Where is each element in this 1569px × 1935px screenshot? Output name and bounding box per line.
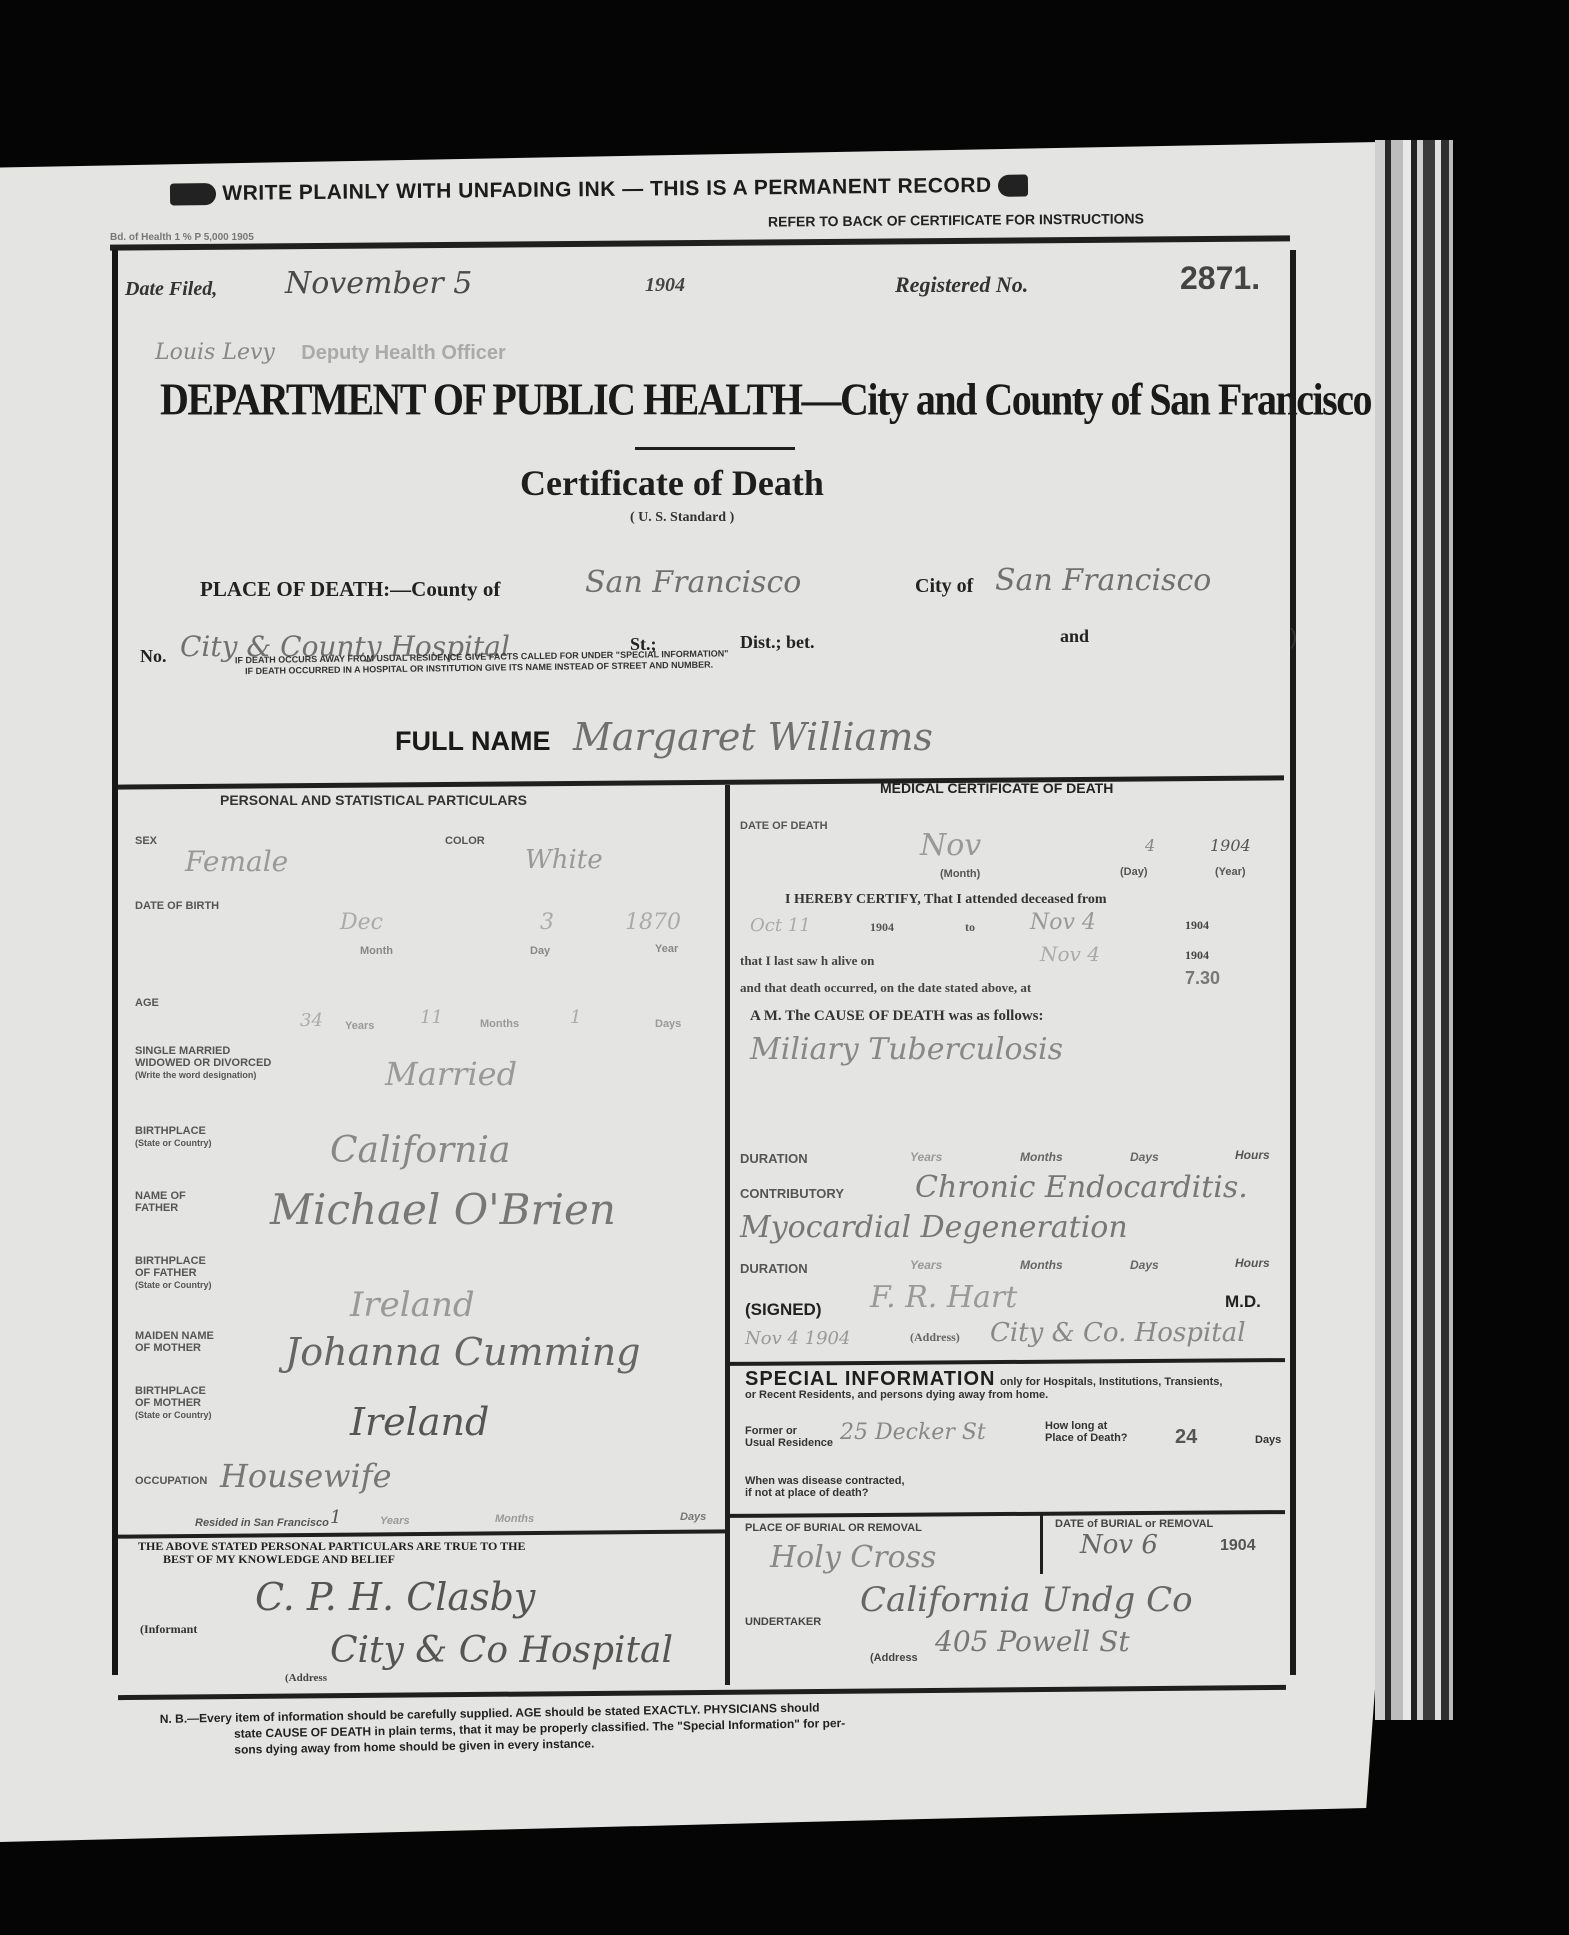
marital-value: Married [385,1055,517,1093]
marital-label-1: SINGLE MARRIED [135,1045,271,1057]
age-label: AGE [135,997,159,1009]
duration-years-1: Years [910,1150,942,1164]
burial-divider [1040,1514,1043,1574]
dob-year-label: Year [655,943,678,955]
dob-day: 3 [540,910,554,935]
resided-label: Resided in San Francisco [195,1517,329,1529]
deputy-row: Louis Levy Deputy Health Officer [155,340,506,365]
residence-label: Former or Usual Residence [745,1425,833,1449]
age-months-label: Months [480,1018,519,1030]
burial-date-label: DATE of BURIAL or REMOVAL [1055,1518,1213,1530]
death-time-label: and that death occurred, on the date sta… [740,980,1031,996]
father-birthplace-label-3: (State or Country) [135,1279,212,1291]
certify-text: I HEREBY CERTIFY, That I attended deceas… [785,892,1107,908]
color-label: COLOR [445,835,485,847]
special-note-1: only for Hospitals, Institutions, Transi… [1000,1376,1222,1388]
how-long-label: How long at Place of Death? [1045,1420,1128,1444]
date-filed-value: November 5 [285,266,472,301]
place-of-death-label: PLACE OF DEATH:—County of [200,577,500,602]
dob-label: DATE OF BIRTH [135,900,219,912]
father-label: NAME OF FATHER [135,1190,186,1214]
mother-value: Johanna Cumming [285,1330,641,1374]
age-months: 11 [420,1007,443,1028]
occupation-value: Housewife [220,1457,392,1495]
mother-birthplace-value: Ireland [350,1400,489,1444]
signed-address-value: City & Co. Hospital [990,1318,1246,1348]
residence-label-1: Former or [745,1425,833,1437]
informant-label: (Informant [140,1622,197,1637]
to-label: to [965,920,975,935]
title-divider [635,447,795,450]
duration-hours-1: Hours [1235,1148,1270,1162]
duration-years-2: Years [910,1258,942,1272]
mother-birthplace-label-2: OF MOTHER [135,1397,212,1409]
mother-birthplace-label-1: BIRTHPLACE [135,1385,212,1397]
date-filed-row: Date Filed, November 5 1904 Registered N… [125,270,1275,310]
medical-certificate: DATE OF DEATH Nov 4 1904 (Month) (Day) (… [740,810,1280,1330]
dod-year-label: (Year) [1215,866,1246,878]
sex-label: SEX [135,835,157,847]
burial-date-value: Nov 6 [1080,1530,1158,1560]
dob-day-label: Day [530,945,550,957]
birthplace-label-1: BIRTHPLACE [135,1125,212,1137]
us-standard-label: ( U. S. Standard ) [630,510,734,526]
informant-address-label: (Address [285,1672,327,1684]
birthplace-label-2: (State or Country) [135,1137,212,1149]
dod-day: 4 [1145,836,1155,855]
full-name-label: FULL NAME [395,726,551,756]
attended-from: Oct 11 [750,915,811,936]
burial-date-year: 1904 [1220,1537,1256,1555]
md-label: M.D. [1225,1292,1261,1312]
mother-label-1: MAIDEN NAME [135,1330,214,1342]
how-long-value: 24 [1175,1426,1197,1449]
date-filed-year: 1904 [645,274,685,297]
signed-address-label: (Address) [910,1330,960,1345]
duration-label-2: DURATION [740,1263,808,1275]
age-days: 1 [570,1007,581,1028]
certificate-title: Certificate of Death [520,462,824,504]
cause-label: A M. The CAUSE OF DEATH was as follows: [750,1008,1044,1025]
residence-value: 25 Decker St [840,1420,986,1445]
personal-particulars: SEX Female COLOR White DATE OF BIRTH Dec… [135,835,715,1635]
mother-label: MAIDEN NAME OF MOTHER [135,1330,214,1354]
contracted-label-2: if not at place of death? [745,1487,905,1499]
duration-days-2: Days [1130,1258,1159,1272]
attestation: THE ABOVE STATED PERSONAL PARTICULARS AR… [138,1540,525,1566]
signed-value: F. R. Hart [870,1280,1017,1315]
contributory-label: CONTRIBUTORY [740,1188,844,1200]
mother-birthplace-label-3: (State or Country) [135,1409,212,1421]
form-code: Bd. of Health 1 % P 5,000 1905 [110,232,254,243]
duration-hours-2: Hours [1235,1256,1270,1270]
dob-month-label: Month [360,945,393,957]
mother-label-2: OF MOTHER [135,1342,214,1354]
burial-place-label: PLACE OF BURIAL OR REMOVAL [745,1522,922,1534]
duration-days-1: Days [1130,1150,1159,1164]
attended-to-year: 1904 [1185,918,1209,933]
special-note-2: or Recent Residents, and persons dying a… [745,1389,1285,1401]
resided-days-label: Days [680,1511,706,1523]
medical-heading: MEDICAL CERTIFICATE OF DEATH [880,780,1113,796]
attest-line-2: BEST OF MY KNOWLEDGE AND BELIEF [138,1553,525,1566]
undertaker-label: UNDERTAKER [745,1616,821,1628]
cause-value: Miliary Tuberculosis [750,1032,1063,1067]
dod-month-label: (Month) [940,868,980,880]
no-label: No. [140,646,167,667]
dob-year: 1870 [625,910,681,935]
age-days-label: Days [655,1018,681,1030]
full-name-row: FULL NAME Margaret Williams [395,715,933,759]
contributory-value-1: Chronic Endocarditis. [915,1170,1248,1205]
dod-year: 1904 [1210,836,1251,855]
nb-label: N. B.— [160,1711,200,1726]
signed-label: (SIGNED) [745,1300,822,1320]
contracted-label-1: When was disease contracted, [745,1475,905,1487]
full-name-value: Margaret Williams [573,715,933,759]
attended-to: Nov 4 [1030,910,1096,935]
undertaker-value: California Undg Co [860,1580,1193,1620]
duration-label-1: DURATION [740,1153,808,1165]
duration-months-2: Months [1020,1258,1063,1272]
registered-no-label: Registered No. [895,272,1028,298]
age-years-label: Years [345,1020,374,1032]
personal-heading: PERSONAL AND STATISTICAL PARTICULARS [220,792,527,808]
marital-label-2: WIDOWED OR DIVORCED [135,1057,271,1069]
book-binding-edge [1375,140,1470,1720]
birthplace-label: BIRTHPLACE (State or Country) [135,1125,212,1149]
last-saw-label: that I last saw h alive on [740,953,874,969]
father-label-2: FATHER [135,1202,186,1214]
father-value: Michael O'Brien [270,1185,616,1234]
mother-birthplace-label: BIRTHPLACE OF MOTHER (State or Country) [135,1385,212,1421]
last-saw-year: 1904 [1185,948,1209,963]
city-value: San Francisco [995,563,1211,598]
dob-month: Dec [340,910,383,935]
registered-no-value: 2871. [1180,260,1260,297]
county-value: San Francisco [585,565,801,600]
how-long-label-2: Place of Death? [1045,1432,1128,1444]
attended-from-year: 1904 [870,920,894,935]
resided-years-label: Years [380,1515,410,1527]
informant-value: C. P. H. Clasby [255,1575,535,1619]
and-label: and [1060,626,1089,647]
color-value: White [525,845,603,875]
pointing-hand-icon-right [998,175,1028,197]
sex-value: Female [185,845,288,878]
pointing-hand-icon [170,183,216,205]
dod-day-label: (Day) [1120,866,1148,878]
column-divider [725,785,730,1685]
father-birthplace-label-1: BIRTHPLACE [135,1255,212,1267]
place-of-death-row: PLACE OF DEATH:—County of San Francisco … [200,565,1300,605]
undertaker-address-label: (Address [870,1652,918,1664]
how-long-label-1: How long at [1045,1420,1128,1432]
father-birthplace-label: BIRTHPLACE OF FATHER (State or Country) [135,1255,212,1291]
contracted-label: When was disease contracted, if not at p… [745,1475,905,1499]
duration-months-1: Months [1020,1150,1063,1164]
occupation-label: OCCUPATION [135,1475,207,1487]
informant-address-value: City & Co Hospital [330,1630,673,1671]
dod-label: DATE OF DEATH [740,820,828,832]
deputy-label: Deputy Health Officer [301,342,505,364]
father-birthplace-label-2: OF FATHER [135,1267,212,1279]
death-time-value: 7.30 [1185,968,1220,989]
marital-label-3: (Write the word designation) [135,1069,271,1081]
signed-date: Nov 4 1904 [745,1328,850,1349]
father-birthplace-value: Ireland [350,1285,475,1325]
how-long-unit: Days [1255,1434,1281,1446]
special-heading: SPECIAL INFORMATION [745,1368,995,1390]
father-label-1: NAME OF [135,1190,186,1202]
marital-label: SINGLE MARRIED WIDOWED OR DIVORCED (Writ… [135,1045,271,1081]
burial-place-value: Holy Cross [770,1540,936,1575]
special-information: SPECIAL INFORMATION only for Hospitals, … [745,1368,1285,1401]
last-saw-value: Nov 4 [1040,942,1100,966]
refer-back-note: REFER TO BACK OF CERTIFICATE FOR INSTRUC… [768,210,1144,229]
residence-label-2: Usual Residence [745,1437,833,1449]
dod-month: Nov [920,828,981,863]
department-title: DEPARTMENT OF PUBLIC HEALTH—City and Cou… [160,372,1371,426]
birthplace-value: California [330,1130,510,1171]
undertaker-address-value: 405 Powell St [935,1625,1130,1658]
city-label: City of [915,575,973,598]
resided-months-label: Months [495,1513,534,1525]
district-label: Dist.; bet. [740,632,815,653]
close-paren: ) [1290,624,1297,650]
contributory-value-2: Myocardial Degeneration [740,1210,1128,1245]
deputy-signature: Louis Levy [155,340,275,365]
age-years: 34 [300,1010,323,1031]
date-filed-label: Date Filed, [125,278,217,301]
resided-years: 1 [330,1507,341,1528]
